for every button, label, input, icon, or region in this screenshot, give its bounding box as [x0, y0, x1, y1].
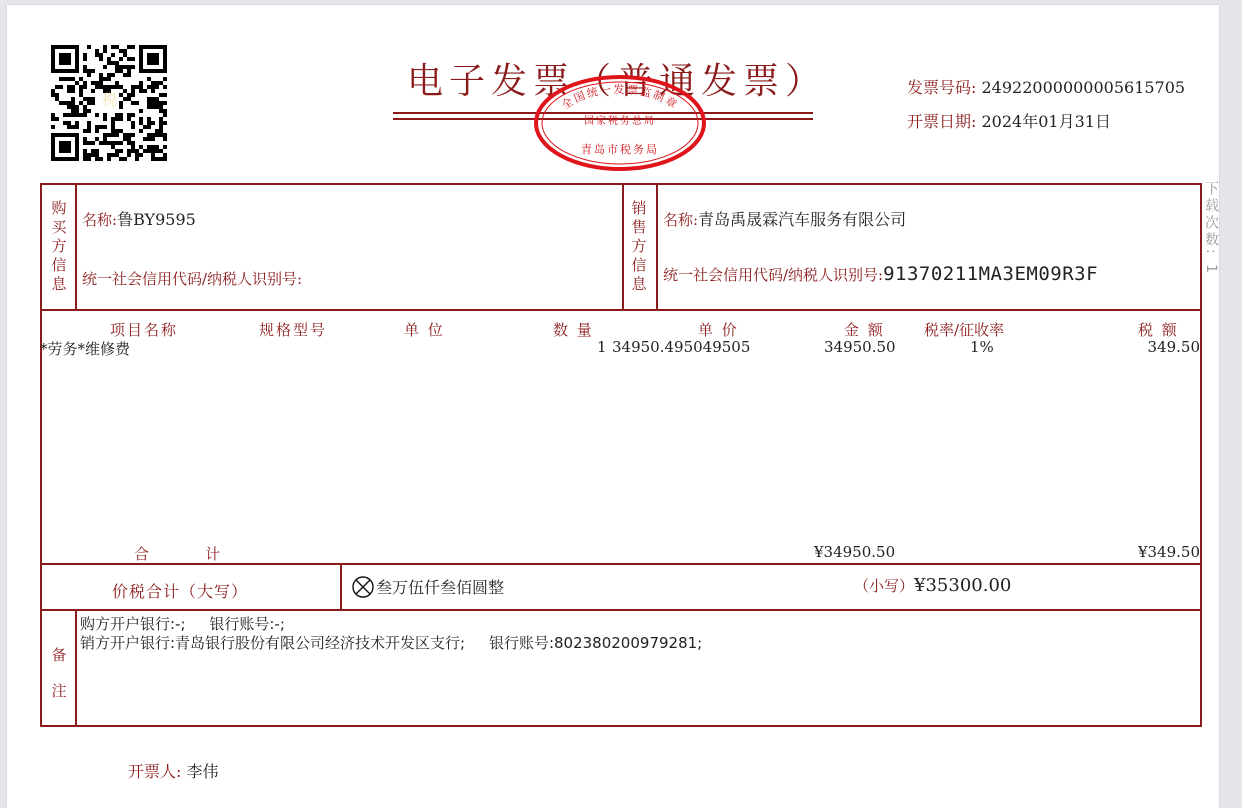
seller-name: 名称:青岛禹晟霖汽车服务有限公司	[663, 207, 906, 230]
column-header-amount: 金 额	[844, 319, 885, 340]
column-header-tax-rate: 税率/征收率	[924, 319, 1004, 340]
grand-total-small: （小写）¥35300.00	[854, 575, 1011, 596]
seller-tax-id-label: 统一社会信用代码/纳税人识别号:	[663, 266, 883, 284]
buyer-name-label: 名称:	[82, 211, 117, 229]
grand-total-capital: 叁万伍仟叁佰圆整	[352, 575, 504, 598]
invoice-date-value: 2024年01月31日	[982, 112, 1111, 131]
seller-section-label: 销售方信息	[622, 199, 656, 294]
svg-text:全国统一发票监制章: 全国统一发票监制章	[559, 82, 682, 112]
divider	[340, 563, 342, 609]
buyer-tax-id: 统一社会信用代码/纳税人识别号:	[82, 267, 302, 289]
download-count: 下载次数: 1	[1205, 181, 1221, 276]
grand-total-small-label: （小写）	[854, 577, 914, 595]
column-header-item-name: 项目名称	[110, 319, 178, 340]
grand-total-label: 价税合计（大写）	[112, 579, 248, 602]
total-label: 合 计	[134, 543, 222, 564]
item-name: *劳务*维修费	[40, 338, 130, 359]
seller-name-label: 名称:	[663, 211, 698, 229]
column-header-unit: 单 位	[404, 319, 445, 340]
issuer-label: 开票人:	[128, 762, 181, 781]
cross-circle-icon	[352, 576, 374, 598]
invoice-number: 发票号码: 24922000000005615705	[907, 75, 1185, 98]
invoice-number-label: 发票号码:	[907, 78, 976, 97]
remarks-text: 购方开户银行:-; 银行账号:-; 销方开户银行:青岛银行股份有限公司经济技术开…	[80, 615, 702, 653]
qr-code: 税	[51, 45, 167, 161]
issuer-name: 李伟	[187, 762, 219, 781]
item-quantity: 1	[597, 338, 607, 356]
item-tax-rate: 1%	[970, 338, 994, 356]
total-tax: ¥349.50	[1138, 543, 1200, 561]
column-header-unit-price: 单 价	[698, 319, 739, 340]
svg-text:国家税务总局: 国家税务总局	[584, 114, 656, 127]
invoice-date: 开票日期: 2024年01月31日	[907, 109, 1111, 132]
buyer-name-value: 鲁BY9595	[117, 210, 196, 229]
tax-bureau-seal: 全国统一发票监制章 国家税务总局 青岛市税务局	[532, 73, 708, 173]
buyer-name: 名称:鲁BY9595	[82, 207, 196, 230]
divider	[42, 309, 1200, 311]
item-amount: 34950.50	[824, 338, 896, 356]
divider	[656, 185, 658, 309]
total-amount: ¥34950.50	[814, 543, 895, 561]
seller-name-value: 青岛禹晟霖汽车服务有限公司	[698, 210, 906, 229]
invoice-number-value: 24922000000005615705	[982, 78, 1186, 97]
buyer-section-label: 购买方信息	[42, 199, 76, 294]
invoice-table: 购买方信息 名称:鲁BY9595 统一社会信用代码/纳税人识别号: 销售方信息 …	[40, 183, 1202, 727]
qr-tax-mark: 税	[102, 89, 117, 110]
remarks-label-char: 备	[42, 637, 76, 673]
invoice-date-label: 开票日期:	[907, 112, 976, 131]
item-unit-price: 34950.495049505	[612, 338, 750, 356]
seller-tax-id-value: 91370211MA3EM09R3F	[883, 263, 1098, 285]
grand-total-small-value: ¥35300.00	[914, 575, 1011, 596]
invoice-page: 税 电子发票（普通发票） 全国统一发票监制章 国家税务总局 青岛市税务局 发票号…	[7, 5, 1219, 808]
column-header-quantity: 数 量	[553, 319, 594, 340]
svg-text:青岛市税务局: 青岛市税务局	[581, 142, 659, 156]
divider	[42, 609, 1200, 611]
column-header-tax: 税 额	[1138, 319, 1179, 340]
issuer: 开票人: 李伟	[128, 759, 219, 782]
column-header-spec: 规格型号	[259, 319, 327, 340]
remarks-label: 备 注	[42, 637, 76, 709]
buyer-tax-id-label: 统一社会信用代码/纳税人识别号:	[82, 270, 302, 288]
grand-total-capital-value: 叁万伍仟叁佰圆整	[376, 575, 504, 598]
item-tax: 349.50	[1148, 338, 1201, 356]
remarks-label-char: 注	[42, 673, 76, 709]
seller-tax-id: 统一社会信用代码/纳税人识别号:91370211MA3EM09R3F	[663, 263, 1098, 285]
